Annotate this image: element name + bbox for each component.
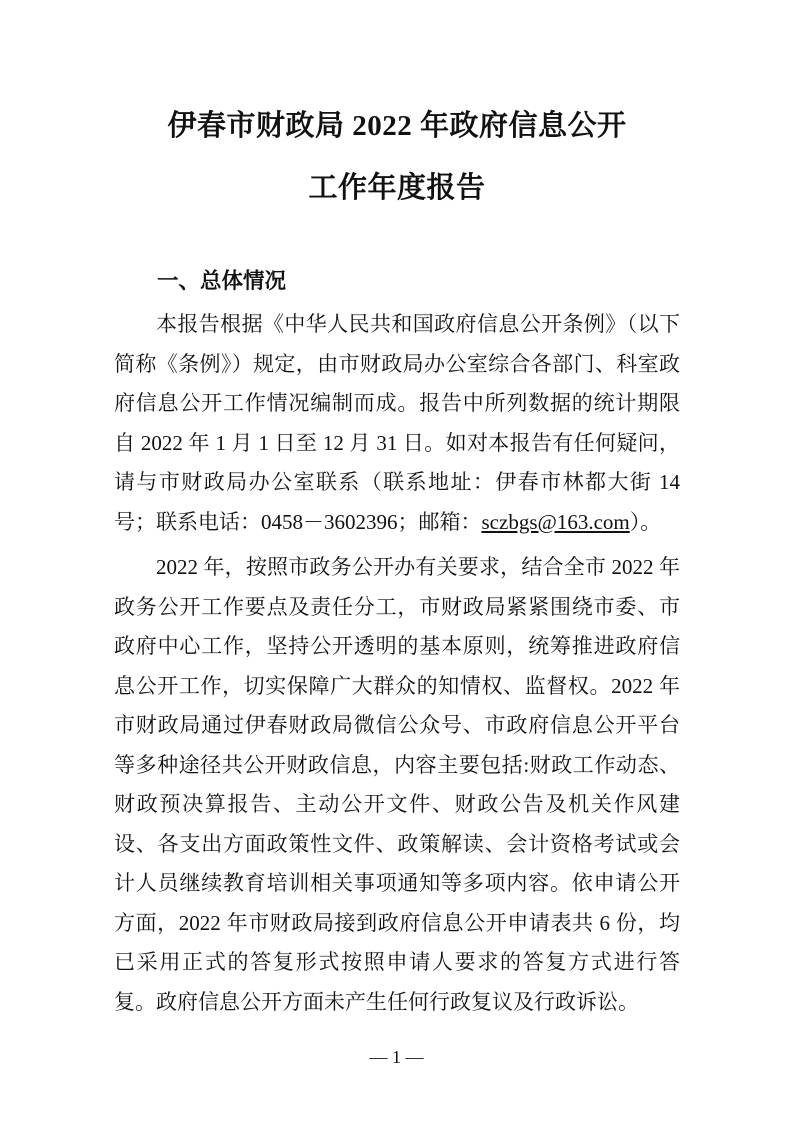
page-number: — 1 — xyxy=(370,1047,424,1067)
paragraph-report-basis-text: 本报告根据《中华人民共和国政府信息公开条例》（以下简称《条例》）规定，由市财政局… xyxy=(114,312,680,534)
document-page: 伊春市财政局 2022 年政府信息公开 工作年度报告 一、总体情况 本报告根据《… xyxy=(0,0,793,1122)
document-content: 伊春市财政局 2022 年政府信息公开 工作年度报告 一、总体情况 本报告根据《… xyxy=(0,0,793,1022)
document-title-line1: 伊春市财政局 2022 年政府信息公开 xyxy=(114,95,680,157)
document-title-line2: 工作年度报告 xyxy=(114,157,680,219)
section-heading-overall-situation: 一、总体情况 xyxy=(114,261,680,301)
paragraph-report-basis: 本报告根据《中华人民共和国政府信息公开条例》（以下简称《条例》）规定，由市财政局… xyxy=(114,305,680,542)
email-link[interactable]: sczbgs@163.com xyxy=(482,510,630,534)
page-footer: — 1 — xyxy=(0,1046,793,1068)
document-title: 伊春市财政局 2022 年政府信息公开 工作年度报告 xyxy=(114,95,680,219)
paragraph-2022-disclosure-work: 2022 年，按照市政务公开办有关要求，结合全市 2022 年政务公开工作要点及… xyxy=(114,548,680,1022)
paragraph-report-basis-suffix: ）。 xyxy=(630,510,662,534)
